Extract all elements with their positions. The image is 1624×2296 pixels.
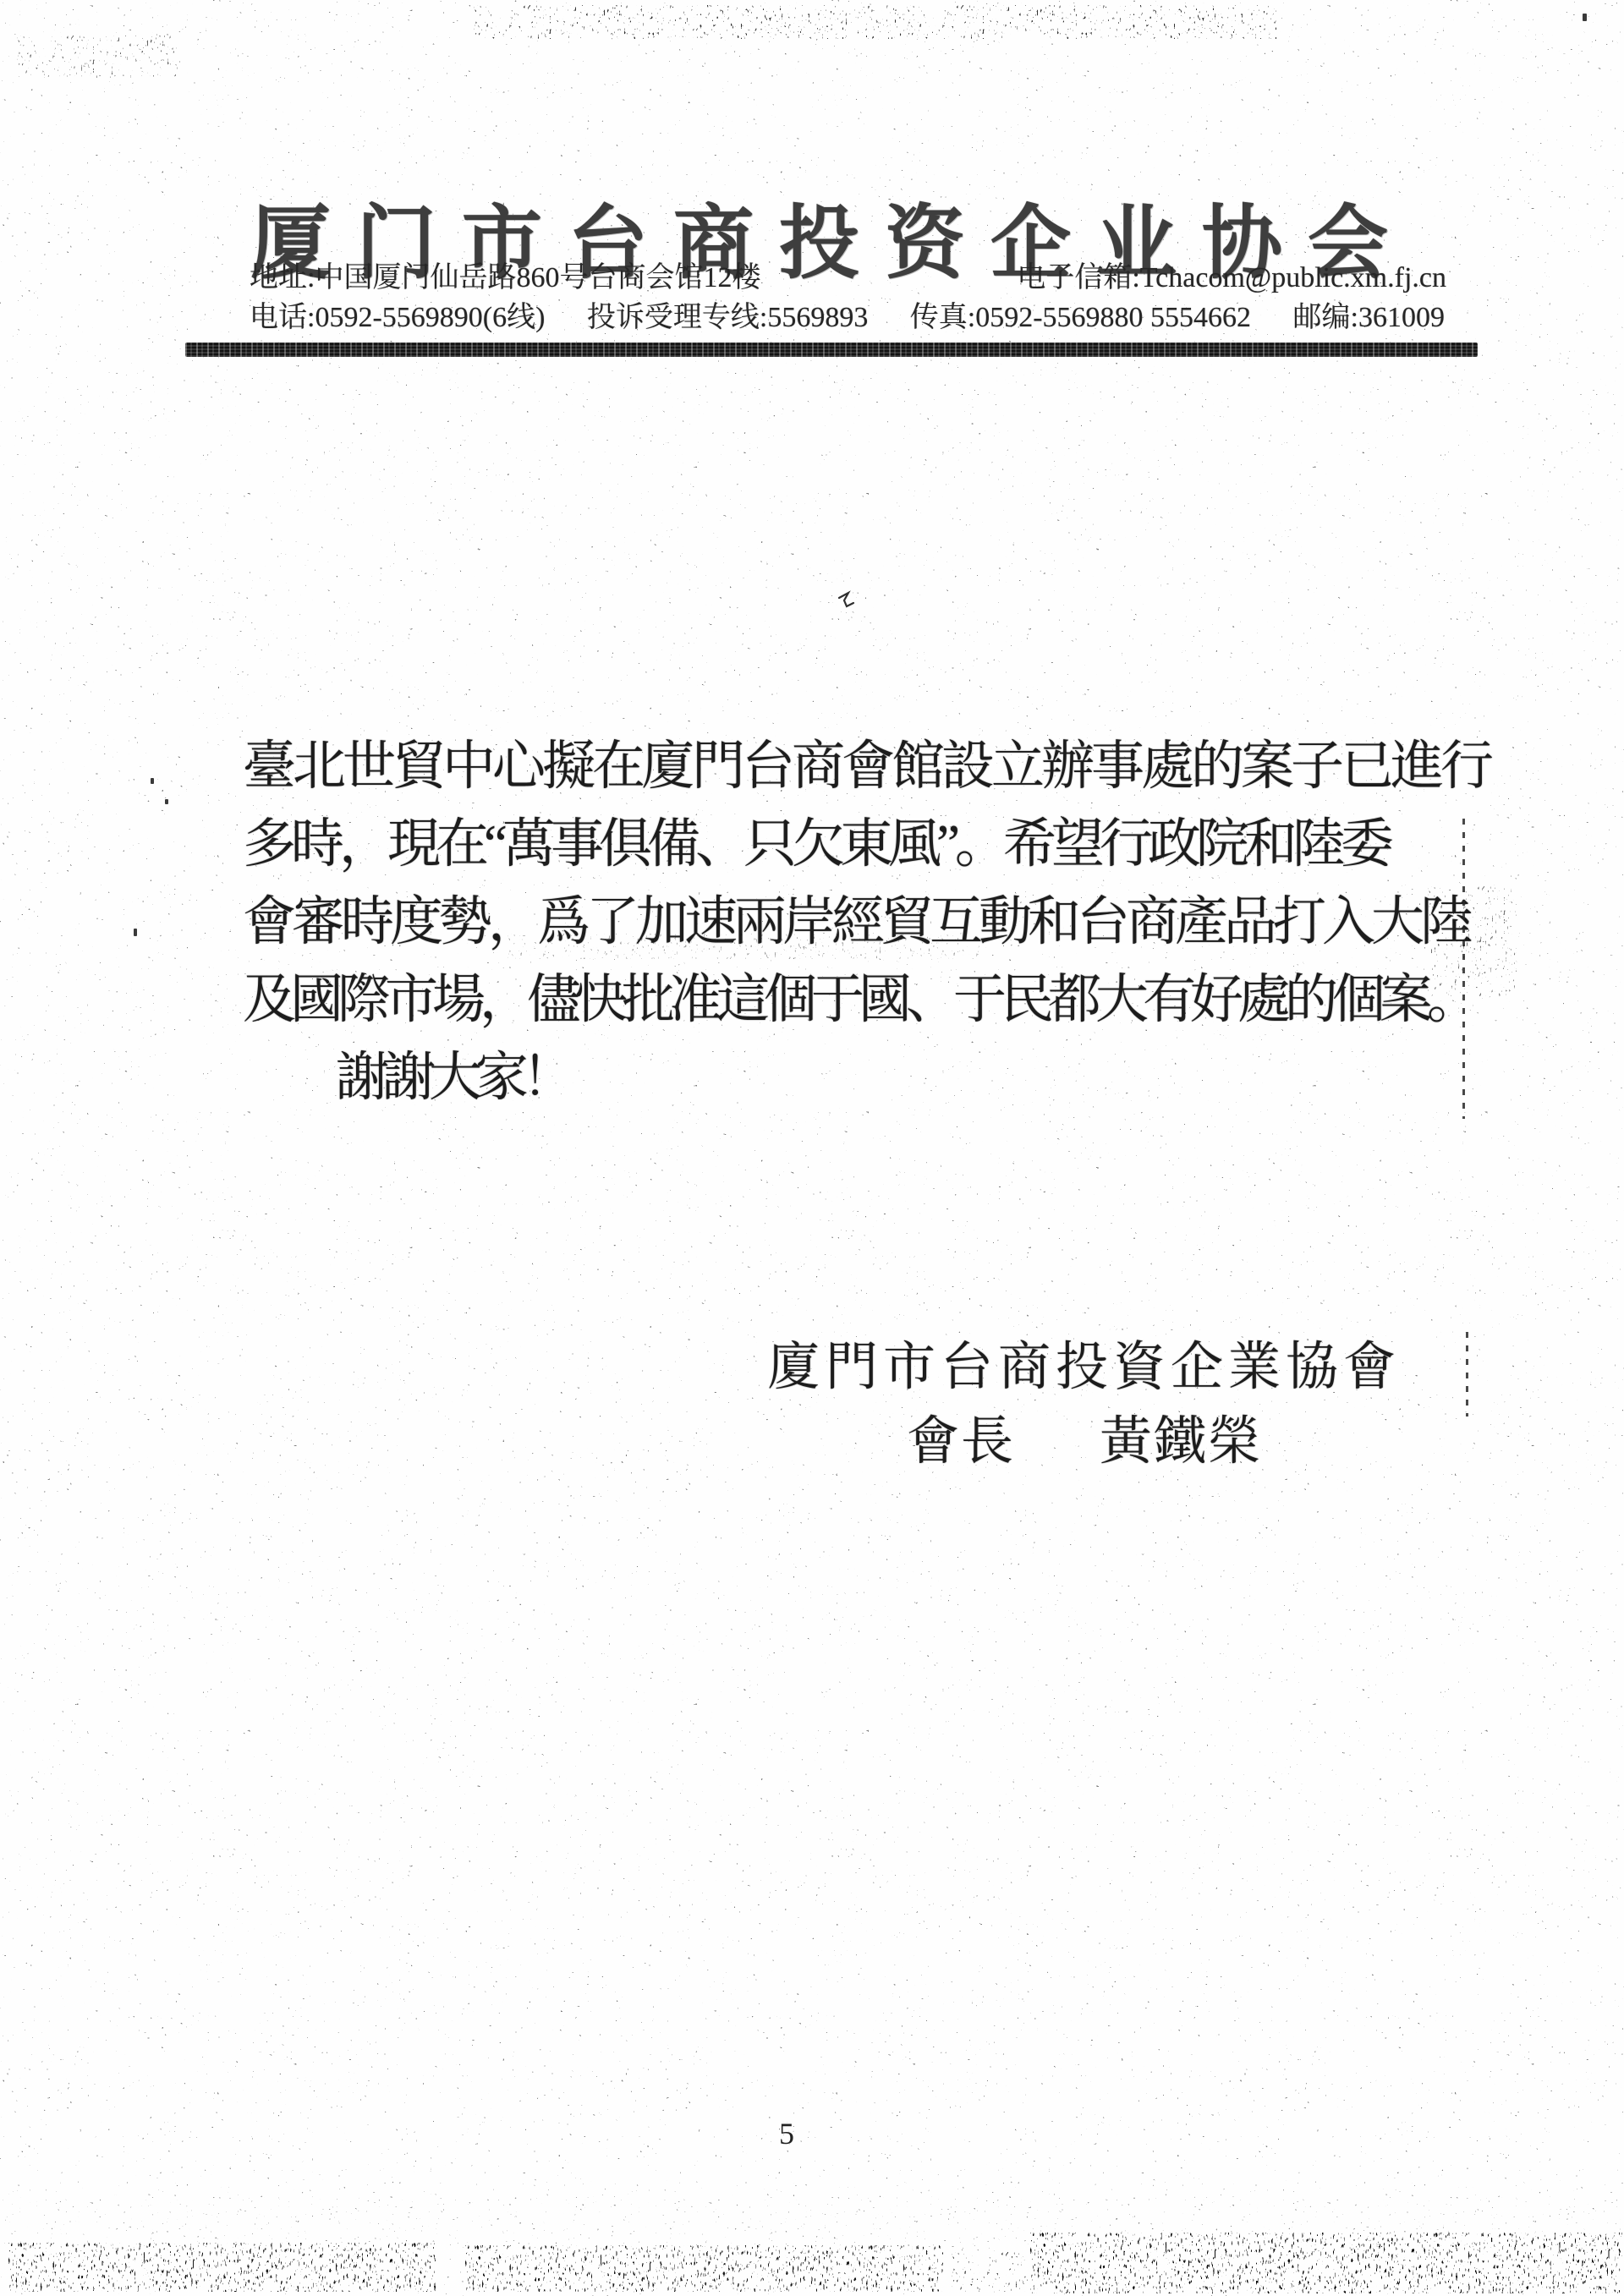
scan-speck — [1583, 14, 1587, 21]
scanned-letter-page: 厦门市台商投资企业协会 地址:中国厦门仙岳路860号台商会馆12楼 电子信箱:T… — [0, 0, 1624, 2296]
email-text: 电子信箱:Tchacom@public.xm.fj.cn — [1017, 254, 1446, 295]
scan-speck — [151, 778, 154, 784]
body-line: 及國際市場，儘快批准這個于國、于民都大有好處的個案。 — [243, 961, 1490, 1038]
contact-line-phone: 电话:0592-5569890(6线) 投诉受理专线:5569893 传真:05… — [250, 293, 1445, 335]
fax-text: 传真:0592-5569880 5554662 — [910, 293, 1251, 335]
bottom-sparse-noise — [0, 2197, 1624, 2249]
signature-name: 黃鐵榮 — [1100, 1413, 1262, 1471]
bottom-noise-band — [8, 2243, 436, 2292]
page-number: 5 — [757, 2116, 816, 2151]
top-edge-noise — [474, 5, 1277, 39]
signature-org: 廈門市台商投資企業協會 — [768, 1324, 1401, 1400]
header-divider-rule — [185, 342, 1478, 357]
body-line: 會審時度勢，爲了加速兩岸經貿互動和台商產品打入大陸 — [243, 883, 1490, 961]
ink-squiggle-artifact — [837, 590, 861, 614]
top-left-noise — [17, 36, 178, 78]
scan-speck — [165, 799, 168, 804]
right-edge-streak — [1466, 1332, 1468, 1417]
address-text: 地址:中国厦门仙岳路860号台商会馆12楼 — [250, 254, 760, 295]
scan-speck — [134, 929, 137, 936]
bottom-noise-band — [1030, 2233, 1622, 2293]
body-line: 多時，現在“萬事俱備、只欠東風”。希望行政院和陸委 — [243, 805, 1490, 883]
bottom-noise-band — [952, 2252, 1028, 2292]
bottom-noise-band — [465, 2245, 943, 2292]
letter-body: 臺北世貿中心擬在廈門台商會館設立辦事處的案子已進行 多時，現在“萬事俱備、只欠東… — [243, 727, 1490, 1116]
body-line-closing: 謝謝大家！ — [336, 1038, 1490, 1116]
phone-text: 电话:0592-5569890(6线) — [250, 293, 545, 335]
contact-line-address: 地址:中国厦门仙岳路860号台商会馆12楼 电子信箱:Tchacom@publi… — [250, 254, 1446, 295]
postal-code-text: 邮编:361009 — [1293, 293, 1445, 335]
signature-line: 會長黃鐵榮 — [907, 1399, 1262, 1474]
hotline-text: 投诉受理专线:5569893 — [587, 293, 868, 335]
signature-role: 會長 — [907, 1413, 1015, 1471]
body-line: 臺北世貿中心擬在廈門台商會館設立辦事處的案子已進行 — [243, 727, 1490, 805]
